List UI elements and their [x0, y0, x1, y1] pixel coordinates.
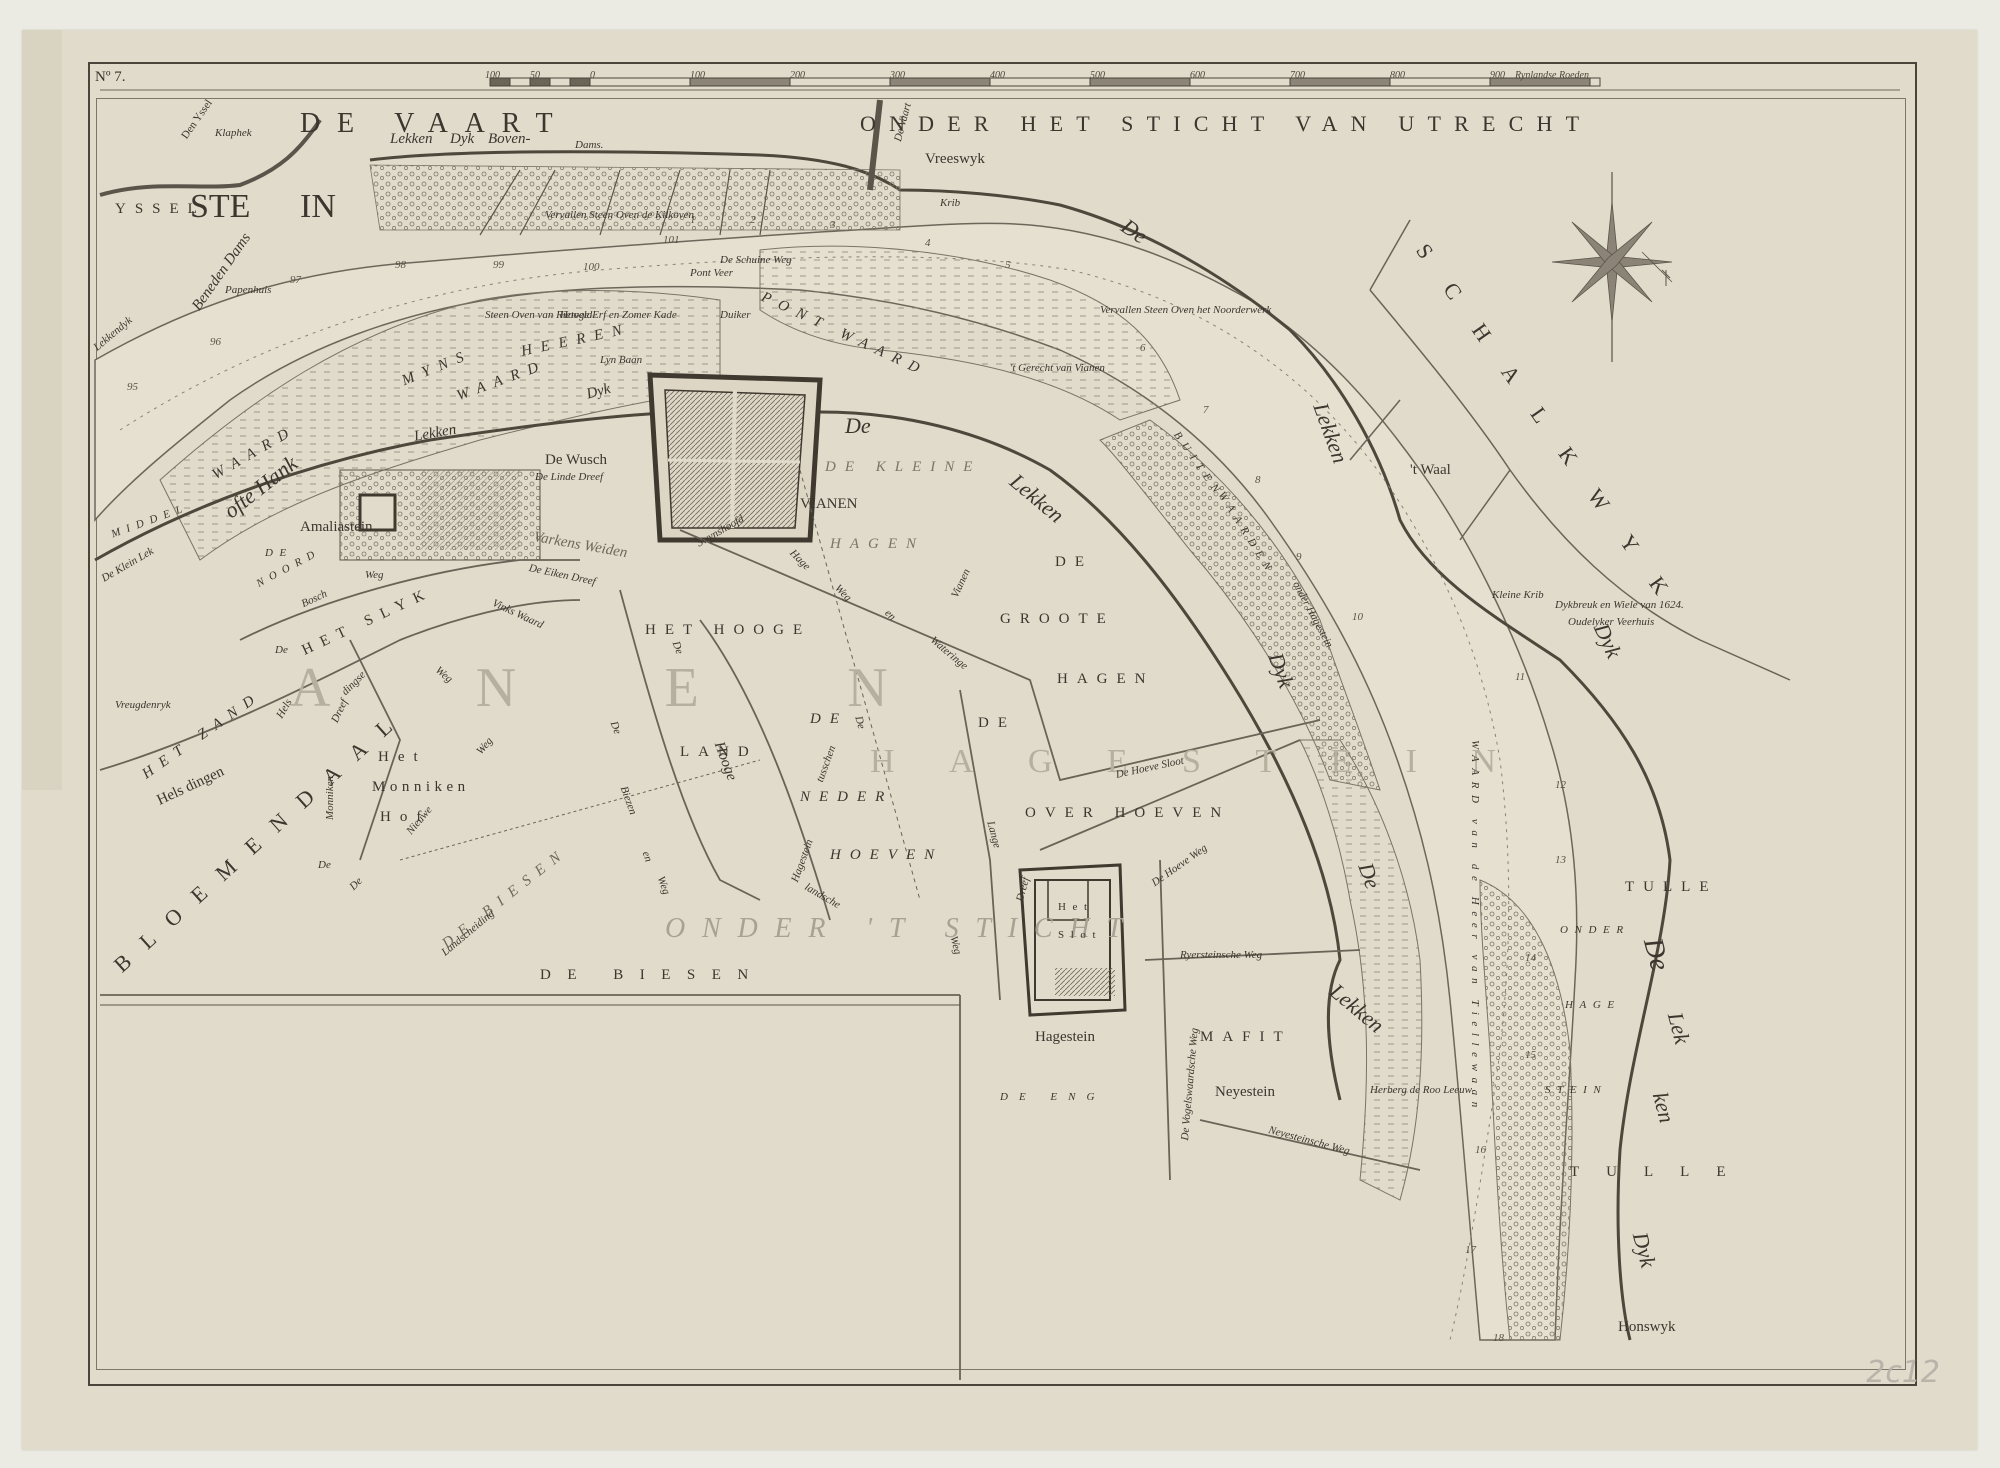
label-herberg: Herberg de Roo Leeuw [1370, 1085, 1472, 1096]
water-de-center: De [845, 415, 871, 437]
area-groote-hagen: HAGEN [1057, 672, 1155, 687]
area-neder: NEDER [800, 790, 893, 805]
km-mark: 8 [1255, 475, 1261, 486]
region-in: IN [300, 190, 336, 224]
road-linde-dreef: De Linde Dreef [535, 472, 603, 483]
km-mark: 9 [1296, 552, 1302, 563]
area-kleine-hagen: HAGEN [830, 537, 925, 552]
place-papenhuis: Papenhuis [225, 285, 271, 296]
area-monniken-het: Het [378, 750, 427, 765]
region-onder-hagestein-1: ONDER [1560, 925, 1630, 936]
km-mark: 17 [1465, 1245, 1476, 1256]
place-klaphek: Klaphek [215, 128, 252, 139]
km-mark: 97 [290, 275, 301, 286]
area-neder-hoeven: HOEVEN [830, 848, 943, 863]
region-onder-hagestein-3: STEIN [1545, 1085, 1607, 1096]
km-mark: 100 [583, 262, 600, 273]
place-vreugdenryk: Vreugdenryk [115, 700, 171, 711]
area-waard-tiel: WAARD van de Heer van Tiellewaan [1469, 740, 1480, 1114]
area-over-de: DE [978, 716, 1016, 731]
road-bosch-weg: Weg [365, 570, 384, 581]
amaliastein-garden [340, 470, 540, 560]
scale-tick: 400 [990, 70, 1005, 81]
label-lyn-baan: Lyn Baan [600, 355, 642, 366]
water-de-far-right: De [1638, 935, 1673, 974]
place-de-wusch: De Wusch [545, 453, 607, 468]
label-krib: Krib [940, 198, 960, 209]
place-hagestein: Hagestein [1035, 1030, 1095, 1045]
scale-tick: 100 [485, 70, 500, 81]
area-de-eng: DE ENG [1000, 1092, 1105, 1103]
title-onder-het-sticht: ONDER HET STICHT VAN UTRECHT [860, 113, 1592, 135]
km-mark: 12 [1555, 780, 1566, 791]
km-mark: 3 [830, 220, 836, 231]
area-het-hooge: HET HOOGE [645, 623, 811, 638]
scale-tick: 800 [1390, 70, 1405, 81]
label-pont-veer: Pont Veer [690, 268, 733, 279]
km-mark: 13 [1555, 855, 1566, 866]
region-ste: STE [190, 190, 250, 224]
den-yssel-river [100, 120, 320, 195]
label-duiker: Duiker [720, 310, 751, 321]
km-mark: 96 [210, 337, 221, 348]
area-de-noord-de: DE [265, 548, 293, 559]
label-vervallen-steen-oven-2: Vervallen Steen Oven het Noorderwerk [1100, 305, 1271, 316]
region-hagestein-ghost: HAGESTEIN [870, 745, 1550, 779]
floodplain-waard-tiel [1300, 740, 1422, 1200]
km-mark: 95 [127, 382, 138, 393]
road-bosch-de: De [275, 645, 288, 656]
km-mark: 98 [395, 260, 406, 271]
label-gerecht-vianen: 't Gerecht van Vianen [1010, 363, 1105, 374]
scale-tick: 600 [1190, 70, 1205, 81]
sheet-number: Nº 7. [95, 70, 125, 85]
area-de-biesen: DE BIESEN [540, 968, 765, 983]
km-mark: 99 [493, 260, 504, 271]
area-de-kleine: DE KLEINE [825, 460, 981, 475]
road-monniken: Monniken [325, 776, 336, 820]
km-mark: 5 [1005, 260, 1011, 271]
road-lekken: Lekken [390, 132, 432, 147]
label-vervallen-steen-oven-1: Vervallen Steen Oven de Kilkoven [545, 210, 694, 221]
scale-tick: 900 [1490, 70, 1505, 81]
area-neder-de: DE [810, 712, 848, 727]
km-mark: 2 [750, 215, 756, 226]
km-mark: 7 [1203, 405, 1209, 416]
scale-tick: 500 [1090, 70, 1105, 81]
km-mark: 11 [1515, 672, 1525, 683]
km-mark: 4 [925, 238, 931, 249]
km-mark: 10 [1352, 612, 1363, 623]
area-groote: GROOTE [1000, 612, 1115, 627]
label-dykbreuk: Dykbreuk en Wiele van 1624. [1555, 600, 1684, 611]
km-mark: 18 [1493, 1333, 1504, 1344]
label-schuine-weg: De Schuine Weg [720, 255, 792, 266]
scale-tick: 300 [890, 70, 905, 81]
place-vianen: VIANEN [800, 497, 858, 512]
place-amaliastein: Amaliastein [300, 520, 372, 535]
place-slot: Slot [1058, 930, 1102, 941]
place-neyestein: Neyestein [1215, 1085, 1275, 1100]
label-kleine-krib: Kleine Krib [1492, 590, 1544, 601]
road-dyk: Dyk [450, 132, 474, 147]
compass-rose [1552, 172, 1672, 362]
km-mark: 16 [1475, 1145, 1486, 1156]
km-mark: 101 [663, 235, 680, 246]
place-honswyk: Honswyk [1618, 1320, 1676, 1335]
km-mark: 14 [1525, 953, 1536, 964]
area-over-hoeven: OVER HOEVEN [1025, 806, 1230, 821]
scale-tick: 100 [690, 70, 705, 81]
place-het: Het [1058, 902, 1094, 913]
road-dams: Dams. [575, 140, 603, 151]
area-groote-de: DE [1055, 555, 1093, 570]
km-mark: 15 [1525, 1050, 1536, 1061]
km-mark: 1 [690, 215, 696, 226]
place-t-waal: 't Waal [1410, 463, 1451, 478]
km-mark: 6 [1140, 343, 1146, 354]
road-boven: Boven- [488, 132, 530, 147]
scale-tick: 50 [530, 70, 540, 81]
scale-tick: 700 [1290, 70, 1305, 81]
road-monniken-de: De [318, 860, 331, 871]
place-vreeswyk: Vreeswyk [925, 152, 985, 167]
scale-tick: 200 [790, 70, 805, 81]
scale-unit: Rynlandse Roeden [1515, 70, 1589, 81]
label-oudelyker-veerhuis: Oudelyker Veerhuis [1568, 617, 1654, 628]
region-tulle-bottom: TULLE [1570, 1165, 1752, 1180]
pencil-annotation: 2c12 [1866, 1355, 1940, 1390]
area-monniken: Monniken [372, 780, 470, 795]
road-lange-de: De [852, 715, 866, 730]
region-onder-hagestein-2: HAGE [1565, 1000, 1621, 1011]
region-tulle-top: TULLE [1625, 880, 1717, 895]
road-ryersteinsche-weg: Ryersteinsche Weg [1180, 950, 1262, 961]
label-steen-oven-rietveld: Steen Oven van Rietveld [485, 310, 592, 321]
area-mafit: MAFIT [1200, 1030, 1292, 1045]
scale-tick: 0 [590, 70, 595, 81]
